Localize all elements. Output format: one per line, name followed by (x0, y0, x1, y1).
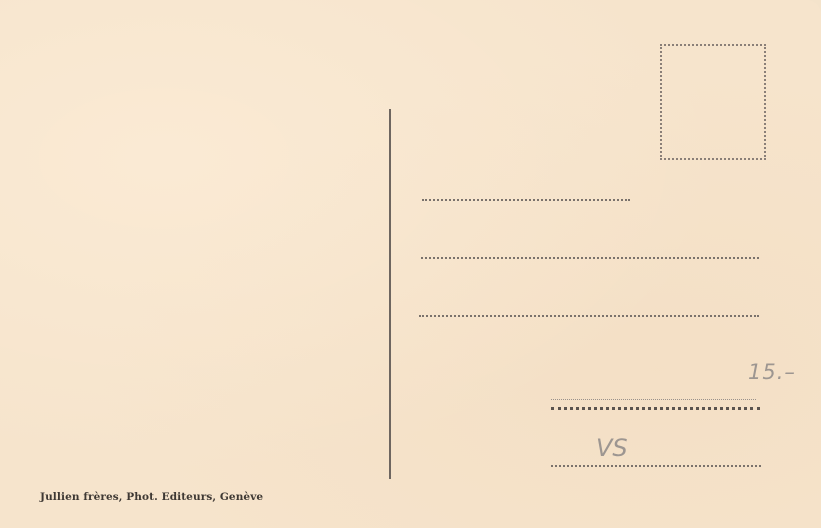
address-line-3 (419, 315, 759, 317)
address-line-4 (551, 399, 756, 400)
postcard-back: 15.– VS Jullien frères, Phot. Editeurs, … (0, 0, 821, 528)
address-line-6 (551, 465, 761, 467)
address-line-2 (421, 257, 759, 259)
stamp-box (660, 44, 766, 160)
address-line-1 (422, 199, 630, 201)
handwritten-price: 15.– (748, 360, 796, 384)
address-line-5 (551, 407, 760, 410)
center-divider (389, 109, 391, 479)
handwritten-code: VS (596, 434, 628, 462)
publisher-imprint: Jullien frères, Phot. Editeurs, Genève (40, 491, 263, 503)
